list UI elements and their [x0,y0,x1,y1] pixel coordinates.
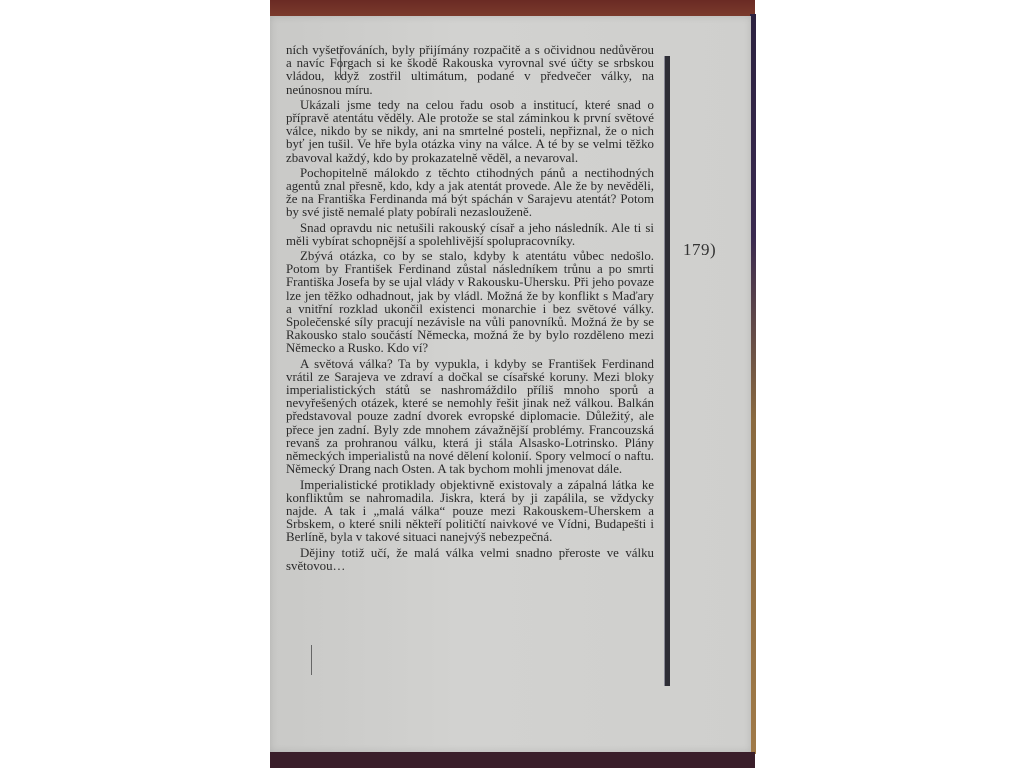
book-cover-bottom-edge [270,752,755,768]
paragraph-4: Snad opravdu nic netušili rakouský císař… [286,222,654,248]
paragraph-5: Zbývá otázka, co by se stalo, kdyby k at… [286,250,654,356]
left-margin-rule-bottom [311,645,312,675]
book-cover-top-edge [270,0,755,16]
paragraph-2: Ukázali jsme tedy na celou řadu osob a i… [286,99,654,165]
body-text: ních vyšetřováních, byly přijímány rozpa… [286,44,654,575]
right-margin-thick-rule [664,56,670,686]
paragraph-3: Pochopitelně málokdo z těchto ctihodných… [286,167,654,220]
photo-scene: 179) ních vyšetřováních, byly přijímány … [0,0,1024,768]
page-number: 179) [683,240,716,260]
paragraph-7: Imperialistické protiklady objektivně ex… [286,479,654,545]
paragraph-6: A světová válka? Ta by vypukla, i kdyby … [286,358,654,477]
paragraph-8: Dějiny totiž učí, že malá válka velmi sn… [286,547,654,573]
paragraph-1: ních vyšetřováních, byly přijímány rozpa… [286,44,654,97]
